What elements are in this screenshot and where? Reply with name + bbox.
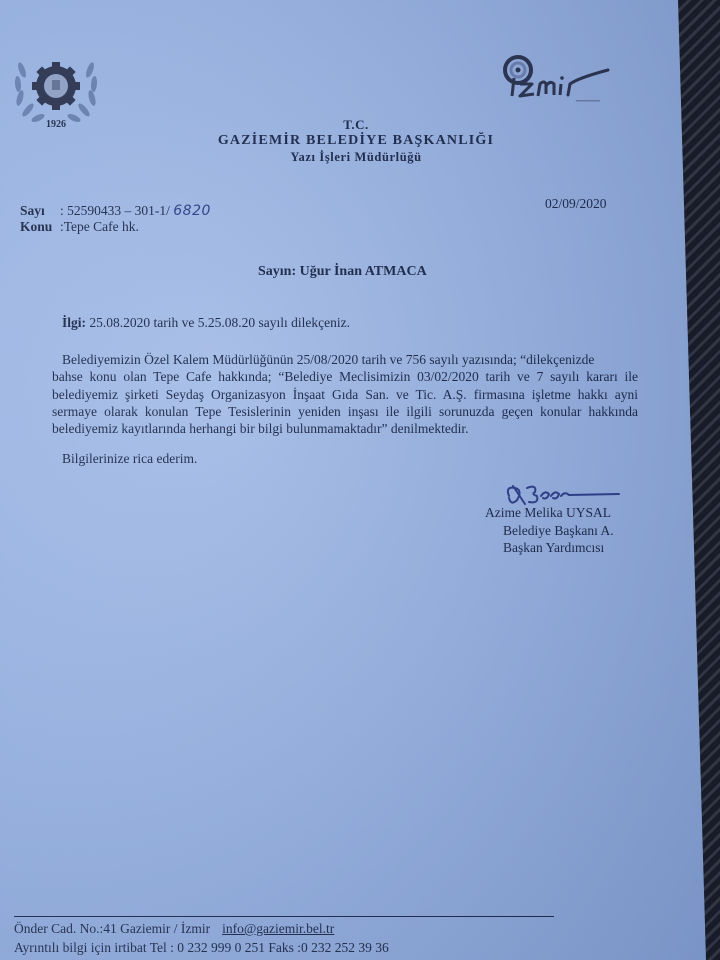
footer-email-link[interactable]: info@gaziemir.bel.tr <box>222 921 334 936</box>
sayi-handwritten-number: 6820 <box>173 203 211 219</box>
body-line: bahse konu olan Tepe Cafe hakkında; “Bel… <box>52 368 638 385</box>
letter-date: 02/09/2020 <box>545 196 607 212</box>
ilgi-line: İlgi: 25.08.2020 tarih ve 5.25.08.20 say… <box>62 315 350 331</box>
header-institution: GAZİEMİR BELEDİYE BAŞKANLIĞI <box>0 133 716 149</box>
sayi-label: Sayı <box>20 203 60 219</box>
body-line: Belediyemizin Özel Kalem Müdürlüğünün 25… <box>52 351 638 368</box>
body-line: belediyemiz şirketi Seydaş Organizasyon … <box>52 386 638 403</box>
body-line: belediyemiz kayıtlarında herhangi bir bi… <box>52 420 638 437</box>
konu-label: Konu <box>20 219 60 235</box>
signatory-title: Belediye Başkanı A. <box>485 522 614 540</box>
footer-address-line: Önder Cad. No.:41 Gaziemir / İzmirinfo@g… <box>14 921 334 937</box>
svg-text:1926: 1926 <box>46 119 66 130</box>
signatory-name: Azime Melika UYSAL <box>485 504 614 522</box>
reference-number: Sayı: 52590433 – 301-1/ 6820 <box>20 203 211 219</box>
reference-subject: Konu:Tepe Cafe hk. <box>20 219 139 235</box>
header-tc: T.C. <box>0 117 716 133</box>
header-department: Yazı İşleri Müdürlüğü <box>0 150 716 165</box>
konu-value: :Tepe Cafe hk. <box>60 219 139 234</box>
signatory-block: Azime Melika UYSAL Belediye Başkanı A. B… <box>485 504 614 557</box>
footer-contact-line: Ayrıntılı bilgi için irtibat Tel : 0 232… <box>14 940 389 956</box>
footer-address: Önder Cad. No.:41 Gaziemir / İzmir <box>14 921 210 936</box>
closing-line: Bilgilerinize rica ederim. <box>62 451 197 467</box>
signature-icon <box>503 478 623 508</box>
ilgi-text: 25.08.2020 tarih ve 5.25.08.20 sayılı di… <box>86 315 350 330</box>
letter-page: 1926 T.C. GAZİEMİR BELEDİYE BAŞKANLIĞI Y… <box>0 0 720 960</box>
municipality-emblem-icon: 1926 <box>8 48 104 130</box>
body-line: sermaye olarak konulan Tepe Tesislerinin… <box>52 403 638 420</box>
sayi-value: : 52590433 – 301-1/ <box>60 203 173 218</box>
recipient-salutation: Sayın: Uğur İnan ATMACA <box>258 264 427 280</box>
signatory-subtitle: Başkan Yardımcısı <box>485 539 614 557</box>
footer-divider <box>14 916 554 917</box>
letter-body: Belediyemizin Özel Kalem Müdürlüğünün 25… <box>52 351 638 437</box>
ilgi-label: İlgi: <box>62 315 86 330</box>
izmir-logo-icon <box>498 48 618 104</box>
